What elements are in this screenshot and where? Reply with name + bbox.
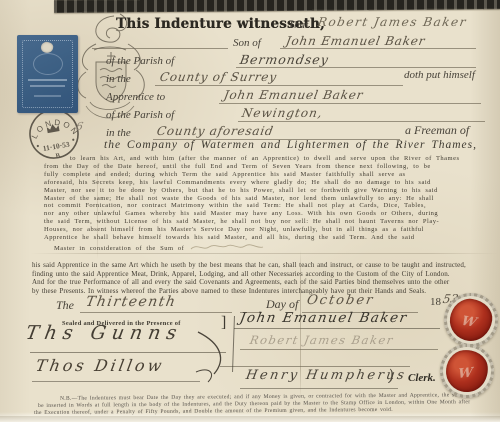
covenant-line: from the Day of the Date hereof, until t…: [44, 163, 499, 171]
covenant-line: aforesaid, his Secrets keep, his lawful …: [44, 179, 499, 187]
bottom-edge-shadow: [0, 416, 500, 422]
rule-line: [234, 328, 440, 329]
parish2-hand: Newington,: [241, 106, 324, 120]
freeman-label: a Freeman of: [405, 123, 469, 138]
stamp-text-bar: [34, 95, 61, 97]
covenant-paragraph: to learn his Art, and with him (after th…: [44, 155, 499, 253]
performance-paragraph: his said Apprentice in the same Art whic…: [32, 261, 498, 296]
in-the-label1: in the: [106, 73, 131, 85]
company-line: the Company of Watermen and Lightermen o…: [104, 139, 477, 151]
date-month-hand: October: [306, 293, 376, 308]
rule-line: [240, 388, 398, 389]
parish1-hand: Bermondsey: [239, 52, 331, 67]
rule-line: [155, 85, 403, 86]
wax-seal-ring: W: [440, 344, 494, 398]
stamp-emboss-crest: [33, 53, 63, 75]
covenant-line: not commit Fornication, nor contract Mat…: [44, 202, 499, 210]
county1-hand: County of Surrey: [159, 70, 278, 84]
father-name-hand: John Emanuel Baker: [285, 34, 427, 48]
covenant-line-sum: Master in consideration of the Sum of: [54, 242, 499, 253]
sum-printed-text: Master in consideration of the Sum of: [54, 245, 184, 252]
apprentice-signature-faint: Robert James Baker: [249, 333, 395, 347]
clerk-signature: Henry Humpherus: [245, 368, 408, 383]
fold-crease: [30, 253, 498, 254]
datestamp-date: 11·10·53: [42, 139, 70, 153]
rule-line: [280, 48, 476, 49]
date-year-printed: 18: [430, 296, 441, 308]
county2-hand: County aforesaid: [156, 124, 275, 138]
indenture-scan: LONDON 11·10·53 B This Indenture witness…: [0, 0, 500, 422]
covenant-line: the said Term, without License of his sa…: [44, 218, 499, 226]
apprentice-name-hand: Robert James Baker: [317, 15, 468, 29]
stamp-text-bar: [30, 85, 65, 87]
apprentice-to-label: Apprentice to: [106, 91, 165, 103]
heading-that: That: [288, 19, 308, 31]
covenant-line: Houses, nor absent himself from his Mast…: [44, 226, 499, 234]
nb-note: N.B.—The Indentures must bear Date the D…: [34, 392, 494, 418]
covenant-line: nor any other unlawful Games whereby his…: [44, 210, 499, 218]
date-day-hand: Thirteenth: [85, 294, 178, 310]
master-signature: John Emanuel Baker: [239, 310, 409, 326]
clerk-label: Clerk.: [408, 372, 436, 384]
sum-handwriting-scribble: [189, 242, 269, 252]
performance-line: And for the true Performance of all and …: [32, 278, 498, 287]
doth-put-himself-label: doth put himself: [404, 69, 475, 81]
performance-line: finding unto the said Apprentice Meat, D…: [32, 270, 498, 279]
son-of-label: Son of: [233, 37, 261, 49]
in-the-label2: in the: [106, 127, 131, 139]
seal-monogram: W: [458, 365, 473, 382]
rule-line: [240, 349, 438, 350]
master-name-hand: John Emanuel Baker: [223, 88, 365, 102]
covenant-line: Master, nor see it to be done by Others,…: [44, 187, 499, 195]
performance-line: his said Apprentice in the same Art whic…: [32, 261, 498, 270]
rule-line: [219, 103, 481, 104]
blue-duty-stamp: [17, 35, 78, 113]
wax-seal-ring: W: [444, 293, 498, 347]
parish2-label: of the Parish of: [106, 109, 174, 121]
covenant-line: Master of the same; He shall not waste t…: [44, 195, 499, 203]
covenant-line: Apprentice he shall behave himself towar…: [44, 234, 499, 242]
covenant-line: fully complete and ended; during which T…: [44, 171, 499, 179]
seal-monogram: W: [460, 314, 479, 331]
covenant-line: to learn his Art, and with him (after th…: [70, 155, 499, 163]
fold-crease: [300, 250, 301, 398]
signature-flourish: [20, 310, 250, 395]
parish1-label: of the Parish of: [106, 55, 174, 67]
stamp-text-bar: [28, 79, 67, 81]
fold-crease: [97, 160, 98, 260]
rule-line: [236, 67, 476, 68]
rule-line: [238, 121, 485, 122]
